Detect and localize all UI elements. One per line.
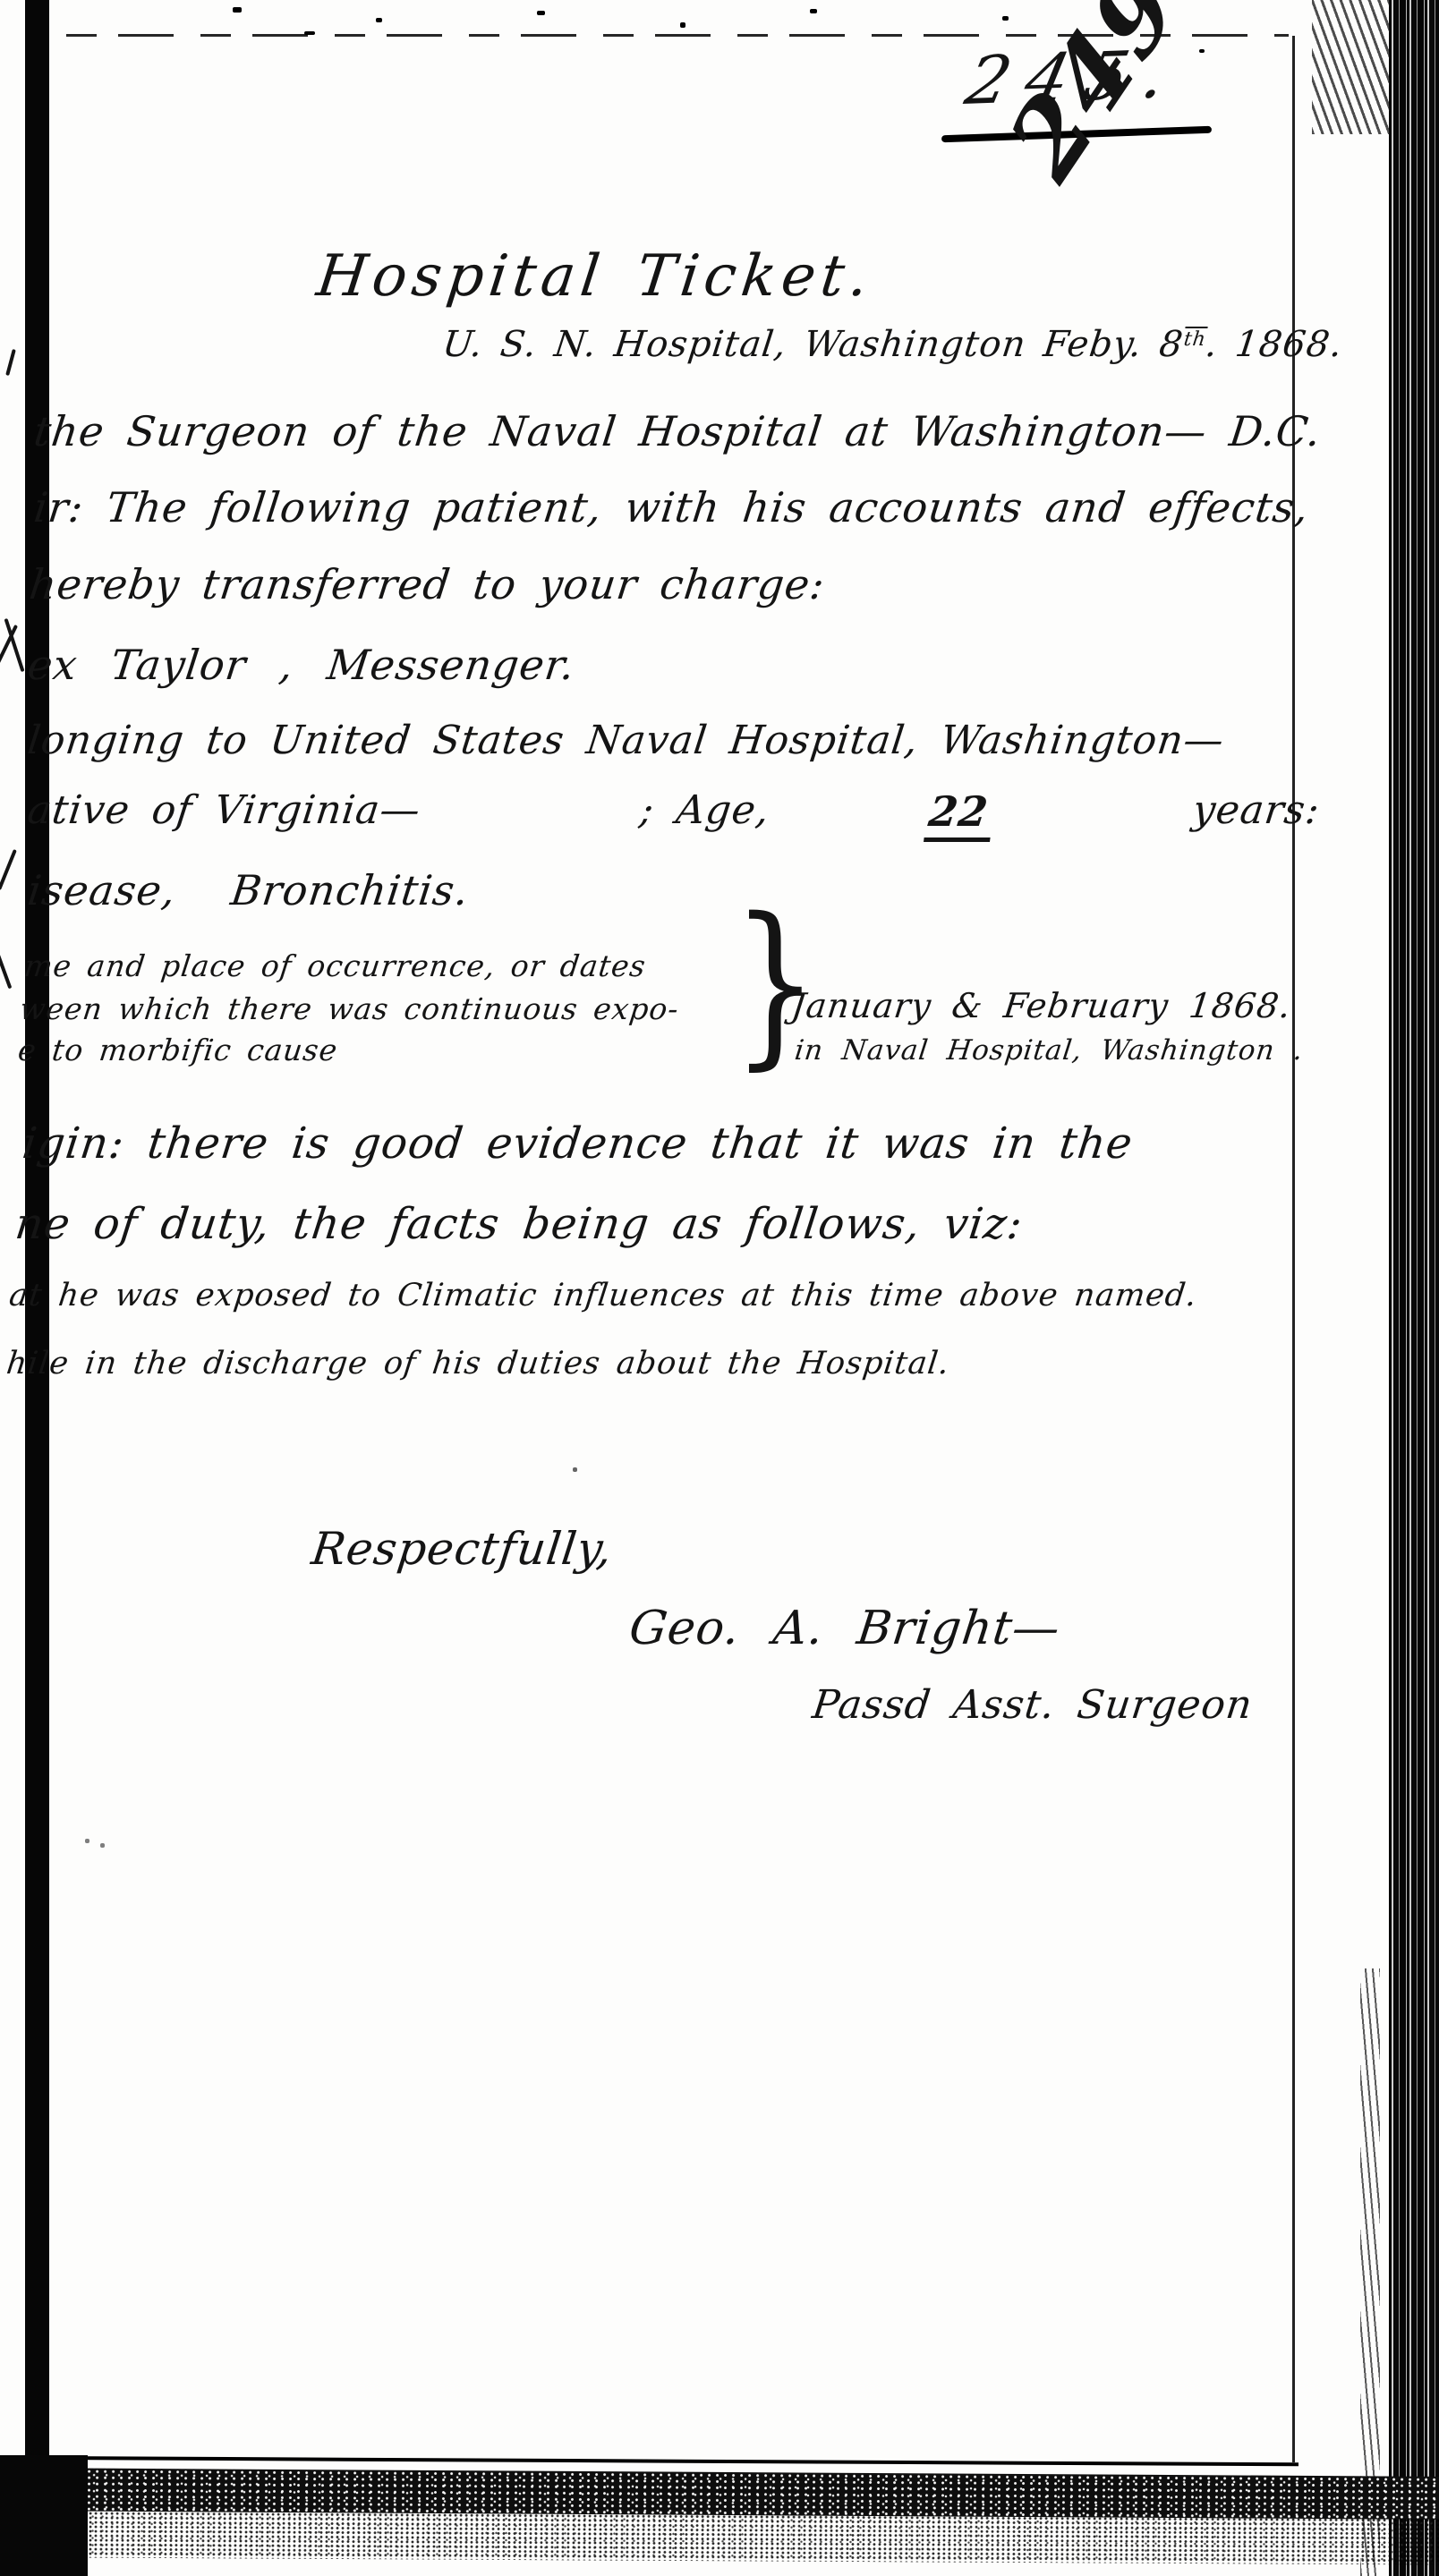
scan-speck xyxy=(537,11,545,15)
signature-name: Geo. A. Bright— xyxy=(626,1602,1063,1655)
origin-line-1: igin: there is good evidence that it was… xyxy=(20,1118,1136,1169)
scan-speck xyxy=(233,7,242,13)
age-label: ; Age, xyxy=(637,787,772,833)
native-of: ative of Virginia— xyxy=(25,787,423,833)
scan-speck xyxy=(376,18,382,22)
scan-speck xyxy=(1199,49,1205,53)
edge-handwriting-mark xyxy=(0,849,17,890)
disease-line: isease, Bronchitis. xyxy=(25,866,472,914)
scan-speck xyxy=(810,9,817,13)
occurrence-label-1: me and place of occurrence, or dates xyxy=(22,948,648,983)
scan-speck xyxy=(85,1839,89,1843)
facts-line-2: hile in the discharge of his duties abou… xyxy=(4,1346,951,1382)
dateline: U. S. N. Hospital, Washington Feby. 8th.… xyxy=(440,324,1345,365)
signature-title: Passd Asst. Surgeon xyxy=(810,1682,1256,1728)
scan-speck xyxy=(100,1843,105,1848)
dateline-ordinal: th xyxy=(1182,328,1207,351)
closing-line: Respectfully, xyxy=(309,1523,616,1575)
page-border-bottom xyxy=(49,2456,1299,2466)
edge-handwriting-mark xyxy=(0,951,12,990)
patient-name-line: ex Taylor , Messenger. xyxy=(25,641,578,689)
occurrence-value-1: January & February 1868. xyxy=(789,986,1293,1025)
scan-speckle-band xyxy=(0,2511,1439,2564)
scan-speck xyxy=(1002,16,1009,21)
document-title: Hospital Ticket. xyxy=(313,243,877,310)
transfer-line: hereby transferred to your charge: xyxy=(27,560,828,608)
age-suffix: years: xyxy=(1190,787,1323,833)
binding-edge-top xyxy=(1312,0,1391,134)
occurrence-label-2: ween which there was continuous expo- xyxy=(18,991,681,1026)
salutation-line: ir: The following patient, with his acco… xyxy=(31,483,1312,531)
age-value: 22 xyxy=(924,787,997,842)
scan-speck xyxy=(680,22,685,28)
scan-corner-black xyxy=(0,2455,88,2576)
dateline-text: U. S. N. Hospital, Washington Feby. 8 xyxy=(440,324,1186,365)
occurrence-label-3: e to morbific cause xyxy=(16,1033,340,1067)
edge-handwriting-mark xyxy=(5,349,16,376)
scan-speck xyxy=(573,1467,577,1472)
native-age-line: ative of Virginia— ; Age, 22 years: xyxy=(0,787,1439,841)
scan-speck xyxy=(304,31,315,35)
occurrence-value-2: in Naval Hospital, Washington . xyxy=(793,1034,1305,1067)
belonging-line: longing to United States Naval Hospital,… xyxy=(25,718,1227,763)
document-page: 245. 249 Hospital Ticket. U. S. N. Hospi… xyxy=(0,0,1439,2576)
page-border-right xyxy=(1292,36,1295,2462)
address-line: the Surgeon of the Naval Hospital at Was… xyxy=(31,407,1324,455)
facts-line-1: at he was exposed to Climatic influences… xyxy=(7,1278,1199,1314)
dateline-year: . 1868. xyxy=(1203,324,1345,365)
origin-line-2: ne of duty, the facts being as follows, … xyxy=(13,1199,1026,1249)
binding-edge xyxy=(1389,0,1439,2576)
